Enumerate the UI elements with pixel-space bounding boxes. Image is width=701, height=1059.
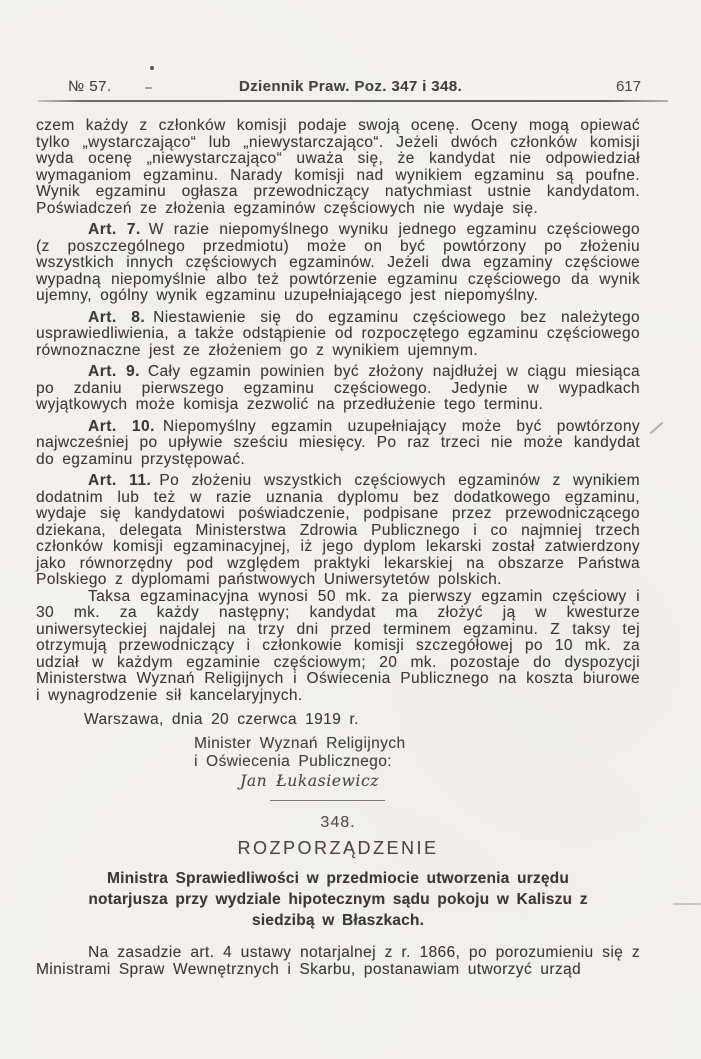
header-rule (38, 100, 668, 102)
signature-office-line1: Minister Wyznań Religijnych (194, 735, 640, 754)
page-number: 617 (616, 78, 641, 95)
article-10-label: Art. 10. (88, 418, 155, 435)
signature-name: Jan Łukasiewicz (240, 772, 640, 791)
signature-block: Minister Wyznań Religijnych i Oświecenia… (194, 735, 640, 791)
scan-slash-mark (650, 422, 664, 435)
paragraph-continuation: czem każdy z członków komisji podaje swo… (36, 118, 640, 217)
signature-office-line2: i Oświecenia Publicznego: (194, 753, 640, 772)
article-10: Art. 10.Niepomyślny egzamin uzupełniając… (36, 419, 640, 469)
journal-title: Dziennik Praw. Poz. 347 i 348. (0, 78, 701, 95)
article-11: Art. 11.Po złożeniu wszystkich częściowy… (36, 473, 640, 589)
decree-348-number: 348. (36, 815, 640, 832)
decree-348-kind-heading: ROZPORZĄDZENIE (36, 840, 640, 857)
article-9: Art. 9.Cały egzamin powinien być złożony… (36, 364, 640, 414)
decree-348-opening-paragraph: Na zasadzie art. 4 ustawy notarjalnej z … (36, 945, 640, 978)
decree-348-title: Ministra Sprawiedliwości w przedmiocie u… (66, 868, 611, 931)
dateline: Warszawa, dnia 20 czerwca 1919 r. (84, 712, 640, 729)
fee-paragraph: Taksa egzaminacyjna wynosi 50 mk. za pie… (36, 589, 640, 705)
scan-speck (150, 66, 154, 70)
article-8: Art. 8.Niestawienie się do egzaminu częś… (36, 310, 640, 360)
text-column: czem każdy z członków komisji podaje swo… (36, 118, 640, 978)
scan-edge-mark (673, 903, 701, 905)
article-11-label: Art. 11. (88, 472, 151, 489)
article-7-label: Art. 7. (88, 221, 141, 238)
article-9-label: Art. 9. (88, 363, 140, 380)
article-8-label: Art. 8. (88, 309, 145, 326)
section-divider-rule (270, 800, 385, 801)
document-page: № 57. Dziennik Praw. Poz. 347 i 348. 617… (0, 0, 701, 1059)
article-7: Art. 7.W razie niepomyślnego wyniku jedn… (36, 222, 640, 305)
article-11-text: Po złożeniu wszystkich częściowych egzam… (36, 472, 640, 588)
running-head: № 57. Dziennik Praw. Poz. 347 i 348. 617 (0, 78, 701, 98)
